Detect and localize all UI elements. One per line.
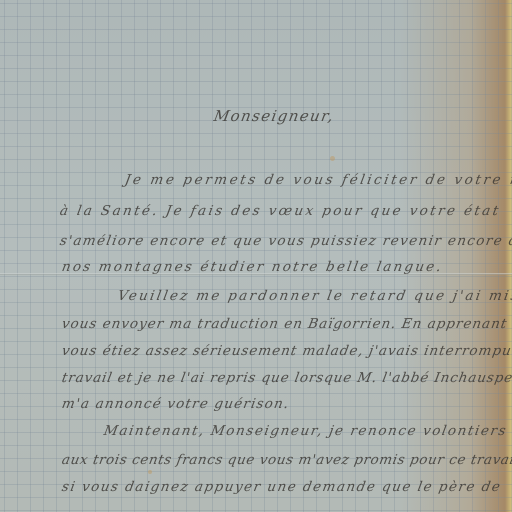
letter-line: vous envoyer ma traduction en Baïgorrien… — [61, 316, 512, 332]
letter-line: s'améliore encore et que vous puissiez r… — [59, 233, 512, 249]
letter-page: Monseigneur, Je me permets de vous félic… — [0, 0, 512, 512]
letter-line-cut-off: … — [199, 503, 216, 512]
letter-line: si vous daignez appuyer une demande que … — [61, 479, 503, 495]
letter-line: Je me permets de vous féliciter de votre… — [124, 172, 512, 188]
stain-spot — [148, 470, 152, 474]
letter-line: à la Santé. Je fais des vœux pour que vo… — [59, 203, 502, 219]
salutation: Monseigneur, — [212, 107, 336, 125]
letter-line: nos montagnes étudier notre belle langue… — [61, 259, 445, 275]
letter-line: aux trois cents francs que vous m'avez p… — [61, 452, 512, 468]
letter-line: Veuillez me pardonner le retard que j'ai… — [117, 288, 512, 304]
letter-line: vous étiez assez sérieusement malade, j'… — [61, 343, 512, 359]
letter-line: Maintenant, Monseigneur, je renonce volo… — [103, 423, 509, 439]
stain-spot — [330, 156, 335, 161]
letter-line: travail et je ne l'ai repris que lorsque… — [61, 370, 512, 386]
letter-line: m'a annoncé votre guérison. — [61, 396, 291, 412]
